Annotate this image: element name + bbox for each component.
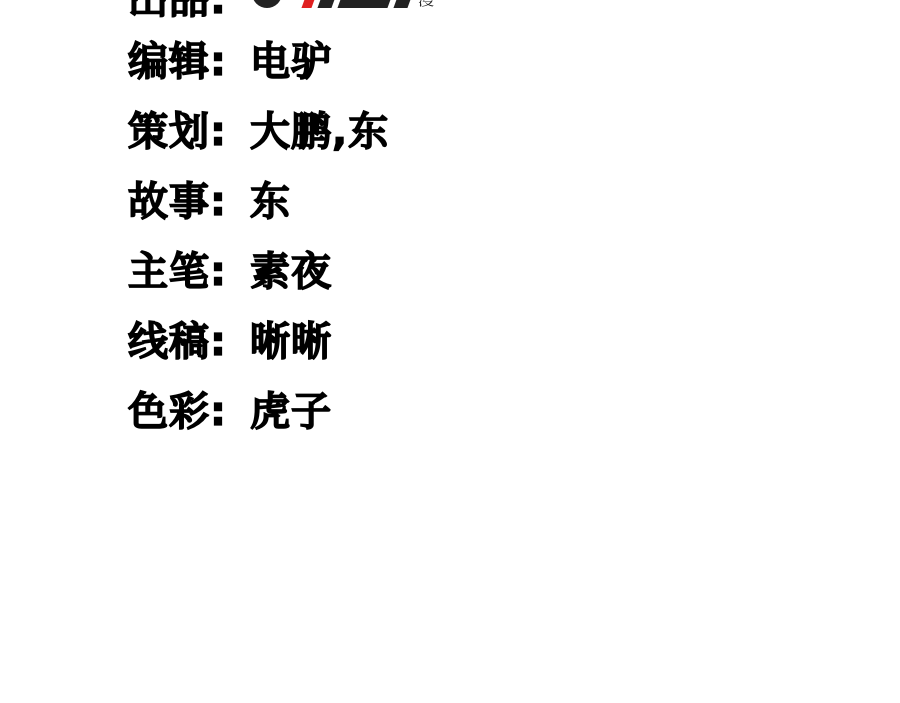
credit-label: 故事: <box>128 180 250 224</box>
logo-bar-icon <box>393 0 412 8</box>
credit-label: 编辑: <box>128 40 250 84</box>
credit-row-editor: 编辑: 电驴 <box>128 40 332 84</box>
logo-suffix: 漫 <box>418 0 434 8</box>
credit-label: 色彩: <box>128 390 250 434</box>
credit-label: 主笔: <box>128 250 250 294</box>
logo-bar-icon <box>337 0 392 8</box>
logo-disc-icon <box>252 0 282 8</box>
credit-label: 策划: <box>128 110 250 154</box>
credit-label: 出品: <box>128 0 250 22</box>
credit-row-planner: 策划: 大鹏,东 <box>128 110 389 154</box>
credit-value: 虎子 <box>250 390 332 434</box>
credit-value: 东 <box>250 180 291 224</box>
logo-red-stroke-icon <box>301 0 316 8</box>
credit-row-story: 故事: 东 <box>128 180 291 224</box>
logo-bar-icon <box>317 0 336 8</box>
publisher-logo: 漫 <box>252 0 434 8</box>
credit-row-colorist: 色彩: 虎子 <box>128 390 332 434</box>
credit-row-lineart: 线稿: 晰晰 <box>128 320 332 364</box>
credit-row-publisher: 出品: <box>128 0 250 22</box>
credit-value: 素夜 <box>250 250 332 294</box>
credit-label: 线稿: <box>128 320 250 364</box>
credit-value: 电驴 <box>250 40 332 84</box>
credit-value: 大鹏,东 <box>250 110 389 154</box>
credit-row-lead-artist: 主笔: 素夜 <box>128 250 332 294</box>
credit-value: 晰晰 <box>250 320 332 364</box>
